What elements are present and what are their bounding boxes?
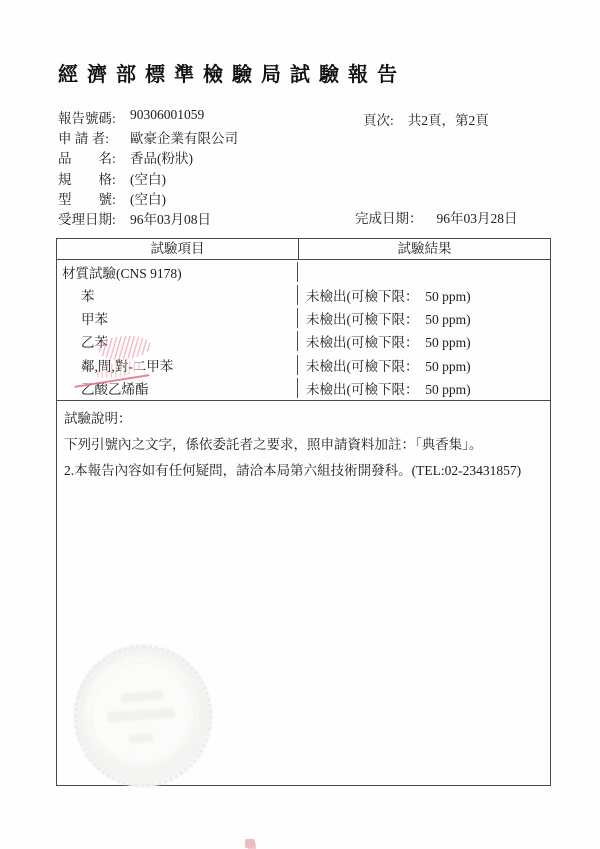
acceptance-date-label: 受理日期: bbox=[58, 208, 130, 228]
result-cell: 未檢出(可檢下限： 50 ppm) bbox=[298, 308, 550, 328]
report-title: 經濟部標準檢驗局試驗報告 bbox=[58, 58, 406, 87]
result-cell: 未檢出(可檢下限： 50 ppm) bbox=[298, 285, 550, 305]
table-header-row: 試驗項目 試驗結果 bbox=[57, 239, 550, 260]
item-cell: 甲苯 bbox=[62, 312, 108, 327]
meta-row-product-name: 品 名: 香品(粉狀) bbox=[58, 147, 358, 167]
table-row: 乙酸乙烯酯 未檢出(可檢下限： 50 ppm) bbox=[57, 376, 550, 399]
embossed-seal-icon bbox=[74, 645, 212, 787]
result-cell: 未檢出(可檢下限： 50 ppm) bbox=[298, 378, 550, 398]
product-name-value: 香品(粉狀) bbox=[130, 147, 193, 167]
table-row-group: 材質試驗(CNS 9178) bbox=[57, 260, 550, 283]
red-ink-mark bbox=[245, 839, 255, 848]
item-cell: 乙酸乙烯酯 bbox=[62, 382, 149, 397]
product-name-label: 品 名: bbox=[58, 147, 130, 167]
header-test-item: 試驗項目 bbox=[57, 239, 299, 259]
completion-date-label: 完成日期： bbox=[355, 207, 423, 227]
meta-row-model-number: 型 號: (空白) bbox=[58, 188, 358, 208]
meta-row-acceptance-date: 受理日期: 96年03月08日 bbox=[58, 208, 358, 228]
notes-line: 2.本報告內容如有任何疑問，請洽本局第六組技術開發科。(TEL:02-23431… bbox=[64, 464, 542, 479]
model-number-label: 型 號: bbox=[58, 188, 130, 208]
meta-row-page-info: 頁次: 共2頁，第2頁 bbox=[363, 109, 489, 129]
page-info-label: 頁次: bbox=[363, 109, 394, 129]
meta-row-specification: 規 格: (空白) bbox=[58, 168, 358, 188]
scanned-test-report-page: { "page": { "title": "經濟部標準檢驗局試驗報告" }, "… bbox=[0, 0, 600, 849]
meta-row-applicant: 申 請 者: 歐豪企業有限公司 bbox=[58, 127, 358, 147]
result-cell: 未檢出(可檢下限： 50 ppm) bbox=[298, 355, 550, 375]
applicant-value: 歐豪企業有限公司 bbox=[130, 127, 238, 147]
specification-label: 規 格: bbox=[58, 168, 130, 188]
item-cell: 苯 bbox=[62, 289, 95, 304]
header-test-result: 試驗結果 bbox=[299, 239, 550, 259]
applicant-label: 申 請 者: bbox=[58, 127, 130, 147]
meta-row-completion-date: 完成日期： 96年03月28日 bbox=[355, 207, 518, 227]
result-cell: 未檢出(可檢下限： 50 ppm) bbox=[298, 331, 550, 351]
test-notes-section: 試驗說明： 下列引號內之文字，係依委託者之要求，照申請資料加註：「典香集」。 2… bbox=[57, 401, 550, 479]
completion-date-value: 96年03月28日 bbox=[437, 207, 518, 227]
report-number-value: 90306001059 bbox=[130, 107, 204, 123]
notes-line: 下列引號內之文字，係依委託者之要求，照申請資料加註：「典香集」。 bbox=[64, 438, 542, 453]
meta-fields: 報告號碼: 90306001059 申 請 者: 歐豪企業有限公司 品 名: 香… bbox=[58, 107, 358, 228]
notes-heading: 試驗說明： bbox=[64, 407, 542, 427]
model-number-value: (空白) bbox=[130, 188, 166, 208]
specification-value: (空白) bbox=[130, 168, 166, 188]
table-row: 苯 未檢出(可檢下限： 50 ppm) bbox=[57, 283, 550, 306]
page-info-value: 共2頁，第2頁 bbox=[408, 109, 489, 129]
meta-row-report-number: 報告號碼: 90306001059 bbox=[58, 107, 358, 127]
report-number-label: 報告號碼: bbox=[58, 107, 130, 127]
table-row: 甲苯 未檢出(可檢下限： 50 ppm) bbox=[57, 306, 550, 329]
acceptance-date-value: 96年03月08日 bbox=[130, 208, 211, 228]
table-body: 材質試驗(CNS 9178) 苯 未檢出(可檢下限： 50 ppm) 甲苯 未檢… bbox=[57, 260, 550, 401]
group-cell: 材質試驗(CNS 9178) bbox=[57, 262, 298, 282]
